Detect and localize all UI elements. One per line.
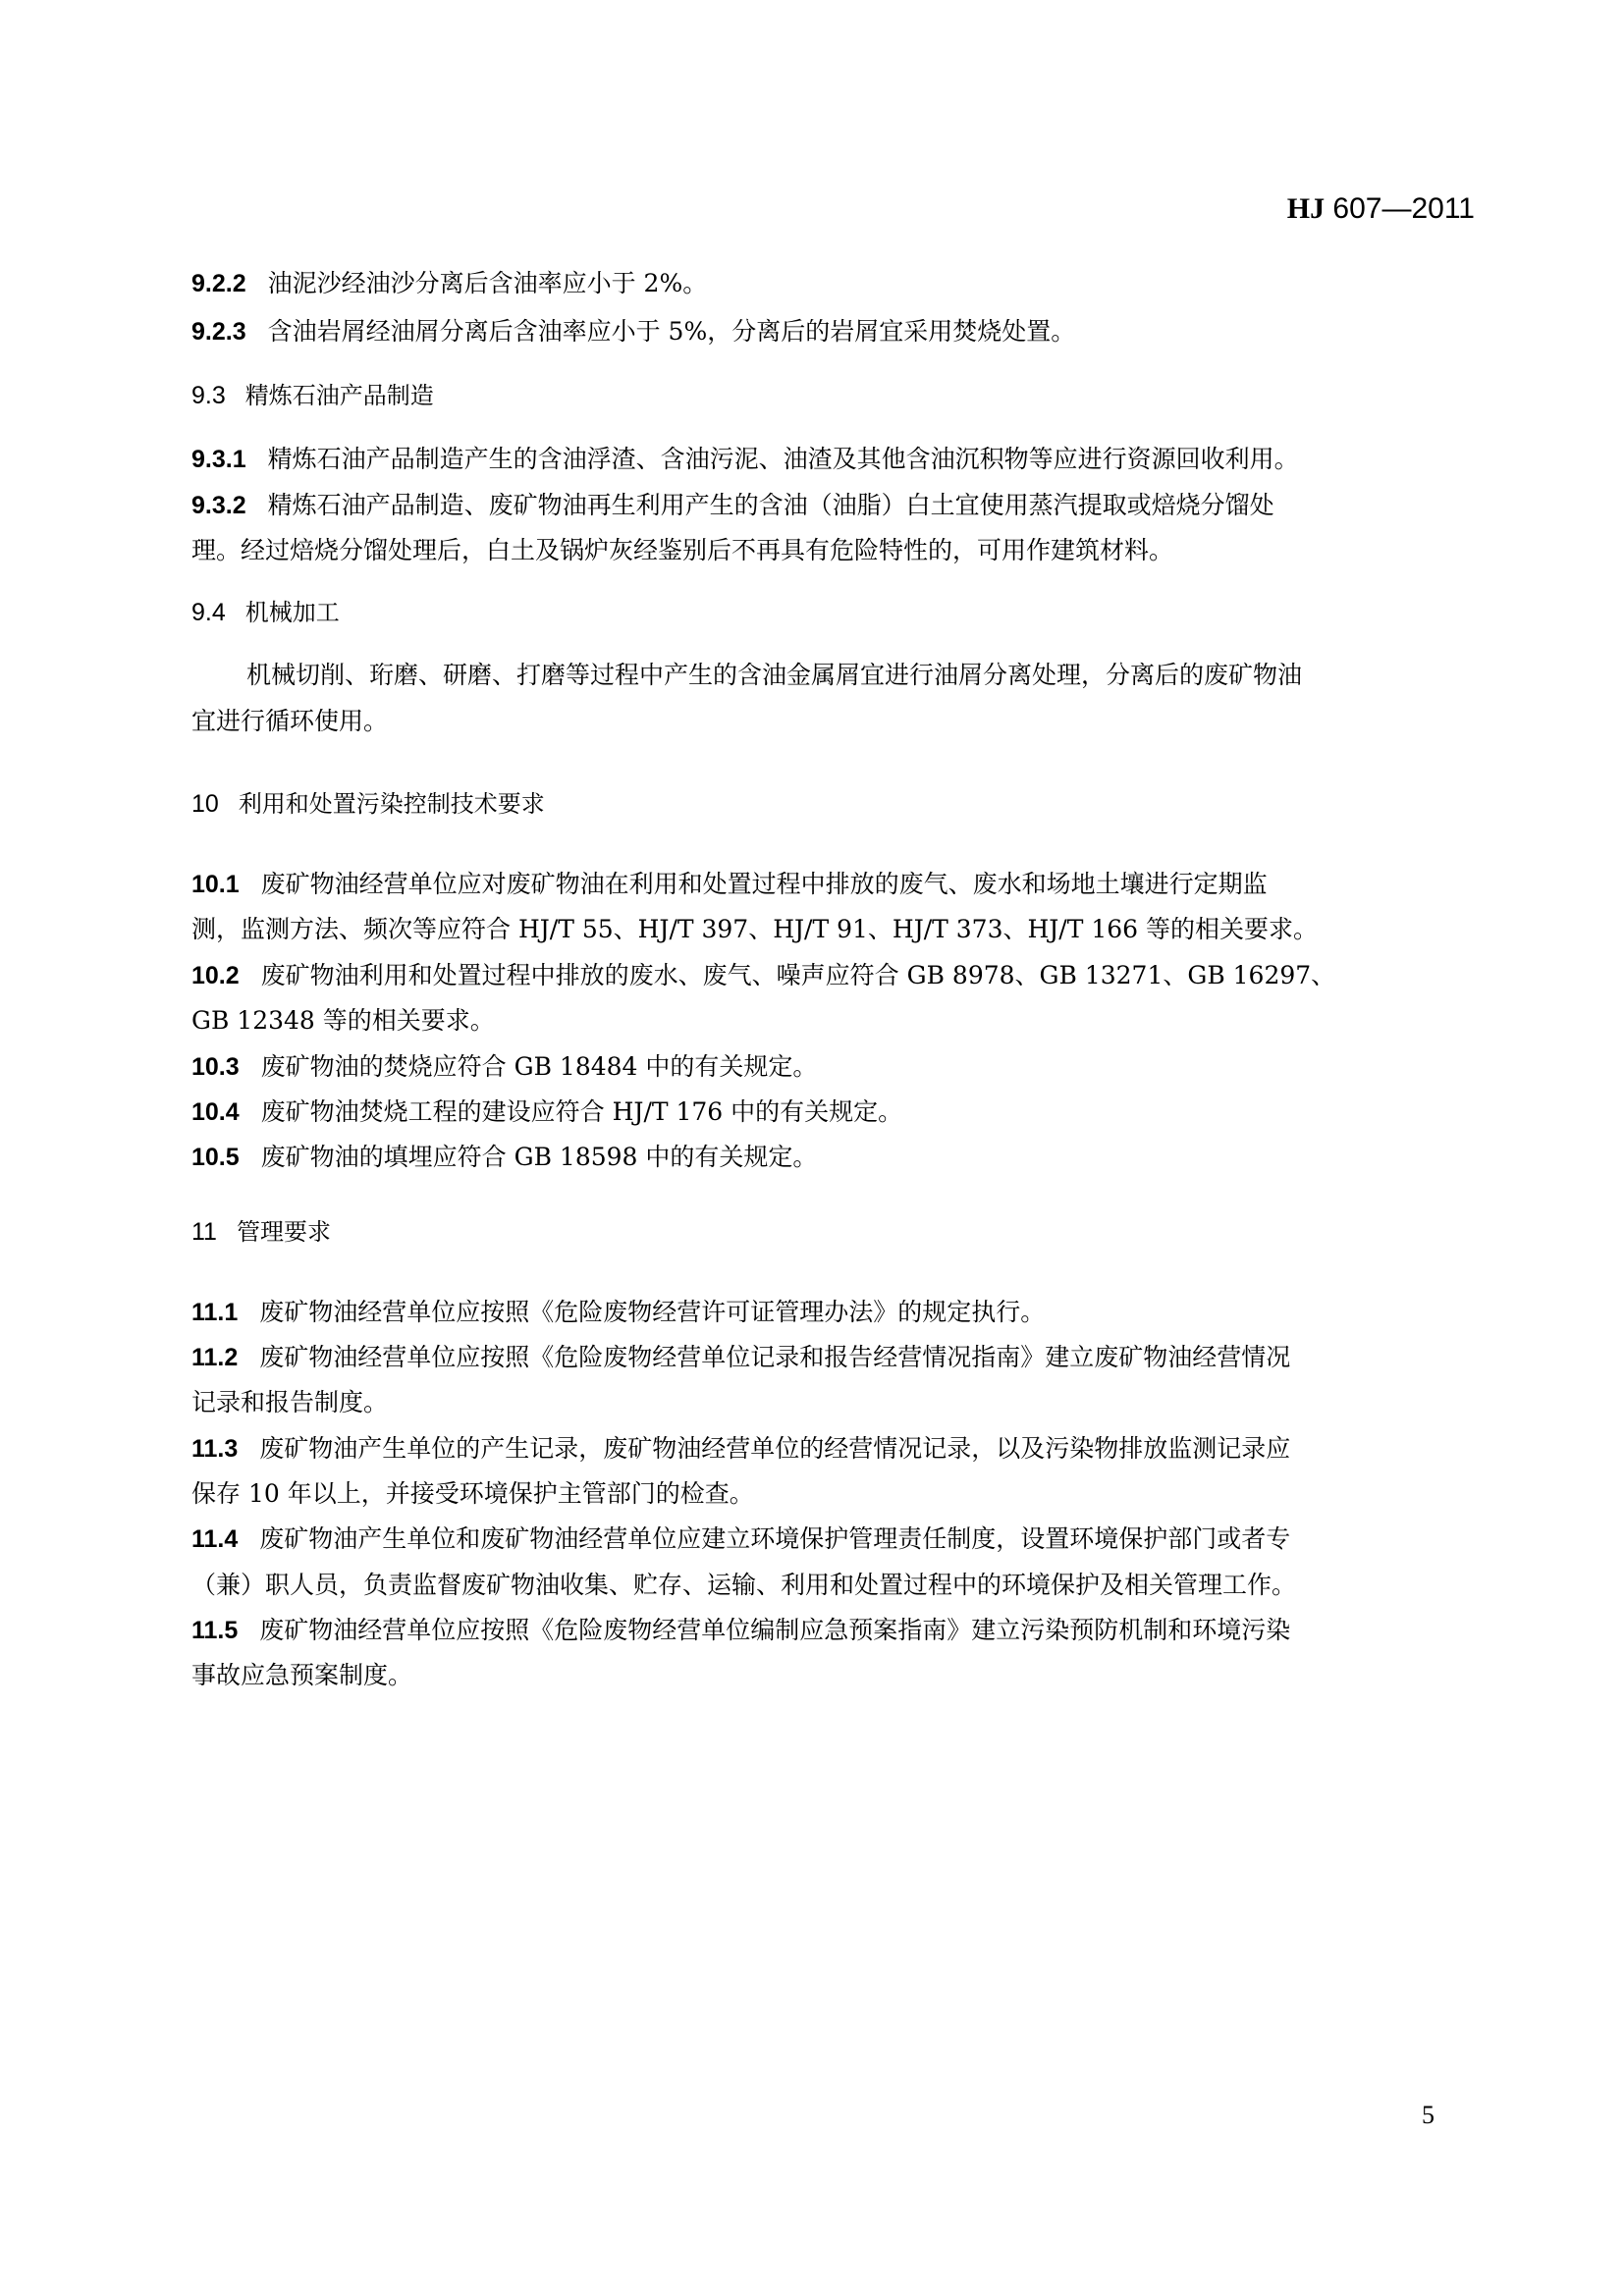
section-title: 精炼石油产品制造	[245, 382, 434, 409]
clause-9-3-2-line2: 理。经过焙烧分馏处理后，白土及锅炉灰经鉴别后不再具有危险特性的，可用作建筑材料。	[191, 536, 1468, 565]
clause-11-4-line2: （兼）职人员，负责监督废矿物油收集、贮存、运输、利用和处置过程中的环境保护及相关…	[191, 1571, 1468, 1600]
clause-text: 含油岩屑经油屑分离后含油率应小于 5%，分离后的岩屑宜采用焚烧处置。	[268, 317, 1076, 346]
standard-code: HJ 607—2011	[1287, 192, 1475, 226]
clause-number: 11.3	[191, 1434, 238, 1464]
clause-number: 11.4	[191, 1524, 238, 1554]
clause-11-5-line2: 事故应急预案制度。	[191, 1661, 1468, 1690]
clause-10-1-line2: 测，监测方法、频次等应符合 HJ/T 55、HJ/T 397、HJ/T 91、H…	[191, 915, 1468, 944]
clause-text: 精炼石油产品制造、废矿物油再生利用产生的含油（油脂）白土宜使用蒸汽提取或焙烧分馏…	[268, 491, 1274, 519]
clause-text: 废矿物油经营单位应对废矿物油在利用和处置过程中排放的废气、废水和场地土壤进行定期…	[261, 870, 1268, 898]
clause-11-3-line1: 11.3废矿物油产生单位的产生记录，废矿物油经营单位的经营情况记录，以及污染物排…	[191, 1434, 1468, 1464]
chapter-heading-10: 10利用和处置污染控制技术要求	[191, 789, 1468, 819]
clause-text: 废矿物油产生单位和废矿物油经营单位应建立环境保护管理责任制度，设置环境保护部门或…	[259, 1524, 1290, 1553]
document-page: HJ 607—2011 9.2.2油泥沙经油沙分离后含油率应小于 2%。 9.2…	[0, 0, 1624, 2296]
section-title: 机械加工	[245, 599, 340, 626]
clause-text: 废矿物油焚烧工程的建设应符合 HJ/T 176 中的有关规定。	[261, 1097, 902, 1126]
clause-10-3: 10.3废矿物油的焚烧应符合 GB 18484 中的有关规定。	[191, 1052, 1468, 1082]
clause-9-4-line2: 宜进行循环使用。	[191, 707, 1468, 736]
clause-text: 废矿物油的填埋应符合 GB 18598 中的有关规定。	[261, 1143, 818, 1171]
chapter-title: 管理要求	[237, 1218, 331, 1246]
section-heading-9-4: 9.4机械加工	[191, 598, 1468, 627]
clause-number: 11.2	[191, 1343, 238, 1372]
chapter-number: 11	[191, 1217, 217, 1247]
clause-number: 10.2	[191, 961, 240, 990]
clause-11-1: 11.1废矿物油经营单位应按照《危险废物经营许可证管理办法》的规定执行。	[191, 1298, 1468, 1327]
clause-9-4-line1: 机械切削、珩磨、研磨、打磨等过程中产生的含油金属屑宜进行油屑分离处理，分离后的废…	[191, 661, 1523, 690]
clause-10-1-line1: 10.1废矿物油经营单位应对废矿物油在利用和处置过程中排放的废气、废水和场地土壤…	[191, 870, 1468, 899]
clause-number: 10.4	[191, 1097, 240, 1127]
clause-number: 9.2.3	[191, 317, 246, 347]
clause-9-2-3: 9.2.3含油岩屑经油屑分离后含油率应小于 5%，分离后的岩屑宜采用焚烧处置。	[191, 317, 1468, 347]
clause-number: 10.5	[191, 1143, 240, 1172]
chapter-number: 10	[191, 789, 219, 819]
clause-text: 废矿物油经营单位应按照《危险废物经营单位编制应急预案指南》建立污染预防机制和环境…	[259, 1616, 1290, 1644]
standard-code-number: 607—2011	[1325, 192, 1475, 225]
section-number: 9.3	[191, 381, 226, 410]
clause-number: 9.3.2	[191, 491, 246, 520]
clause-9-3-2-line1: 9.3.2精炼石油产品制造、废矿物油再生利用产生的含油（油脂）白土宜使用蒸汽提取…	[191, 491, 1468, 520]
clause-10-2-line1: 10.2废矿物油利用和处置过程中排放的废水、废气、噪声应符合 GB 8978、G…	[191, 961, 1468, 990]
clause-text: 油泥沙经油沙分离后含油率应小于 2%。	[268, 269, 708, 297]
clause-text: 废矿物油的焚烧应符合 GB 18484 中的有关规定。	[261, 1052, 818, 1081]
clause-text: 废矿物油经营单位应按照《危险废物经营许可证管理办法》的规定执行。	[259, 1298, 1045, 1326]
clause-11-3-line2: 保存 10 年以上，并接受环境保护主管部门的检查。	[191, 1479, 1468, 1509]
chapter-title: 利用和处置污染控制技术要求	[239, 790, 545, 818]
clause-11-5-line1: 11.5废矿物油经营单位应按照《危险废物经营单位编制应急预案指南》建立污染预防机…	[191, 1616, 1468, 1645]
clause-text: 废矿物油利用和处置过程中排放的废水、废气、噪声应符合 GB 8978、GB 13…	[261, 961, 1336, 989]
clause-9-2-2: 9.2.2油泥沙经油沙分离后含油率应小于 2%。	[191, 269, 1468, 298]
clause-text: 废矿物油经营单位应按照《危险废物经营单位记录和报告经营情况指南》建立废矿物油经营…	[259, 1343, 1290, 1371]
clause-number: 10.3	[191, 1052, 240, 1082]
clause-number: 9.3.1	[191, 445, 246, 474]
standard-code-prefix: HJ	[1287, 192, 1325, 225]
clause-text: 废矿物油产生单位的产生记录，废矿物油经营单位的经营情况记录，以及污染物排放监测记…	[259, 1434, 1290, 1463]
clause-number: 10.1	[191, 870, 240, 899]
clause-11-2-line1: 11.2废矿物油经营单位应按照《危险废物经营单位记录和报告经营情况指南》建立废矿…	[191, 1343, 1468, 1372]
page-number: 5	[1422, 2101, 1435, 2130]
clause-number: 11.5	[191, 1616, 238, 1645]
clause-9-3-1: 9.3.1精炼石油产品制造产生的含油浮渣、含油污泥、油渣及其他含油沉积物等应进行…	[191, 445, 1468, 474]
section-number: 9.4	[191, 598, 226, 627]
clause-11-2-line2: 记录和报告制度。	[191, 1388, 1468, 1417]
chapter-heading-11: 11管理要求	[191, 1217, 1468, 1247]
clause-text: 精炼石油产品制造产生的含油浮渣、含油污泥、油渣及其他含油沉积物等应进行资源回收利…	[268, 445, 1299, 473]
clause-10-4: 10.4废矿物油焚烧工程的建设应符合 HJ/T 176 中的有关规定。	[191, 1097, 1468, 1127]
clause-11-4-line1: 11.4废矿物油产生单位和废矿物油经营单位应建立环境保护管理责任制度，设置环境保…	[191, 1524, 1468, 1554]
clause-number: 11.1	[191, 1298, 238, 1327]
clause-10-2-line2: GB 12348 等的相关要求。	[191, 1006, 1468, 1036]
section-heading-9-3: 9.3精炼石油产品制造	[191, 381, 1468, 410]
clause-10-5: 10.5废矿物油的填埋应符合 GB 18598 中的有关规定。	[191, 1143, 1468, 1172]
clause-number: 9.2.2	[191, 269, 246, 298]
